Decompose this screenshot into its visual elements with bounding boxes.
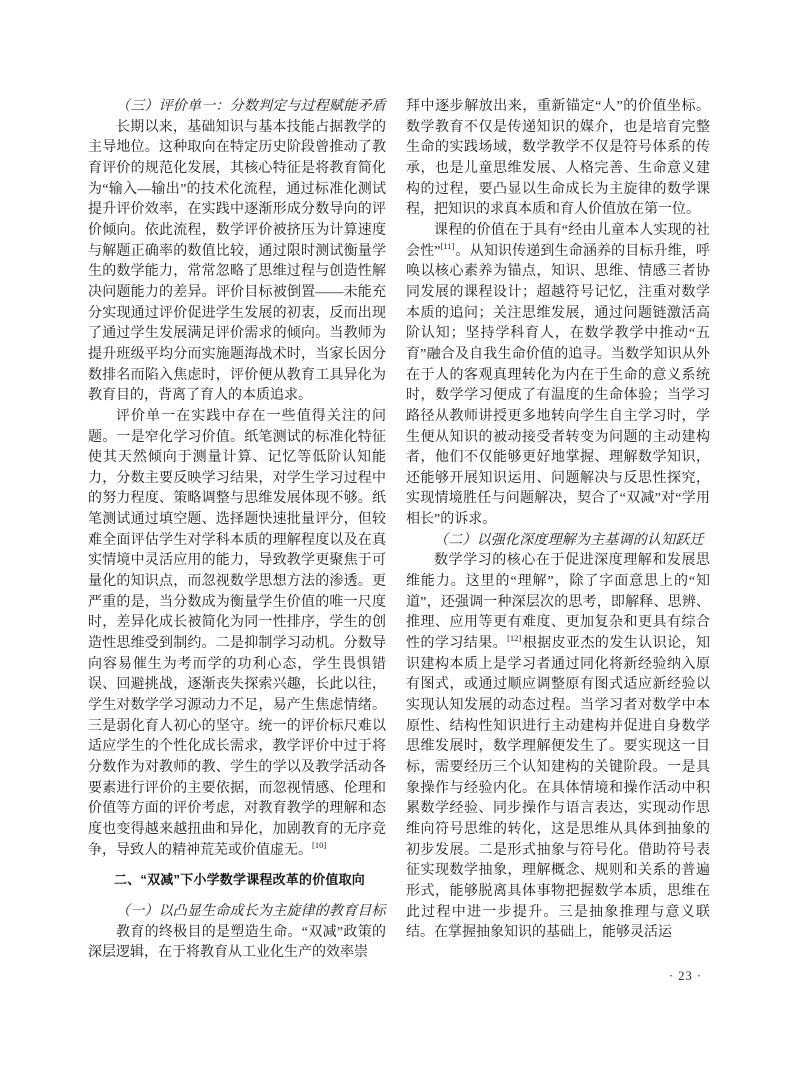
paragraph-continuation: 拜中逐步解放出来，重新锚定“人”的价值坐标。数学教育不仅是传递知识的媒介，也是培… bbox=[406, 97, 710, 221]
paragraph: 长期以来，基础知识与基本技能占据教学的主导地位。这种取向在特定历史阶段曾推动了教… bbox=[88, 118, 386, 407]
subsection-heading-2: （二）以强化深度理解为主基调的认知跃迁 bbox=[406, 531, 710, 552]
subsection-heading-1: （一）以凸显生命成长为主旋律的教育目标 bbox=[88, 902, 386, 923]
page-number: · 23 · bbox=[406, 969, 702, 984]
right-column: 拜中逐步解放出来，重新锚定“人”的价值坐标。数学教育不仅是传递知识的媒介，也是培… bbox=[406, 97, 710, 944]
paragraph: 数学学习的核心在于促进深度理解和发展思维能力。这里的“理解”，除了字面意思上的“… bbox=[406, 551, 710, 943]
paragraph-text: 。从知识传递到生命涵养的目标升维，呼唤以核心素养为锚点，知识、思维、情感三者协同… bbox=[406, 244, 710, 528]
paragraph: 课程的价值在于具有“经由儿童本人实现的社会性”[11]。从知识传递到生命涵养的目… bbox=[406, 221, 710, 531]
citation-ref-10: [10] bbox=[312, 840, 326, 850]
paragraph-text: 根据皮亚杰的发生认识论，知识建构本质上是学习者通过同化将新经验纳入原有图式，或通… bbox=[406, 636, 710, 940]
citation-ref-12: [12] bbox=[507, 633, 521, 643]
citation-ref-11: [11] bbox=[441, 241, 455, 251]
paragraph: 教育的终极目的是塑造生命。“双减”政策的深层逻辑，在于将教育从工业化生产的效率崇 bbox=[88, 923, 386, 964]
chapter-heading: 二、“双减”下小学数学课程改革的价值取向 bbox=[88, 870, 386, 891]
paragraph: 评价单一在实践中存在一些值得关注的问题。一是窄化学习价值。纸笔测试的标准化特征使… bbox=[88, 407, 386, 861]
left-column: （三）评价单一：分数判定与过程赋能矛盾 长期以来，基础知识与基本技能占据教学的主… bbox=[88, 97, 386, 964]
paragraph-text: 评价单一在实践中存在一些值得关注的问题。一是窄化学习价值。纸笔测试的标准化特征使… bbox=[88, 409, 386, 858]
section-heading-3: （三）评价单一：分数判定与过程赋能矛盾 bbox=[88, 97, 386, 118]
journal-page: { "colors": { "background": "#ffffff", "… bbox=[0, 0, 800, 1077]
paper-page: （三）评价单一：分数判定与过程赋能矛盾 长期以来，基础知识与基本技能占据教学的主… bbox=[0, 0, 800, 1077]
